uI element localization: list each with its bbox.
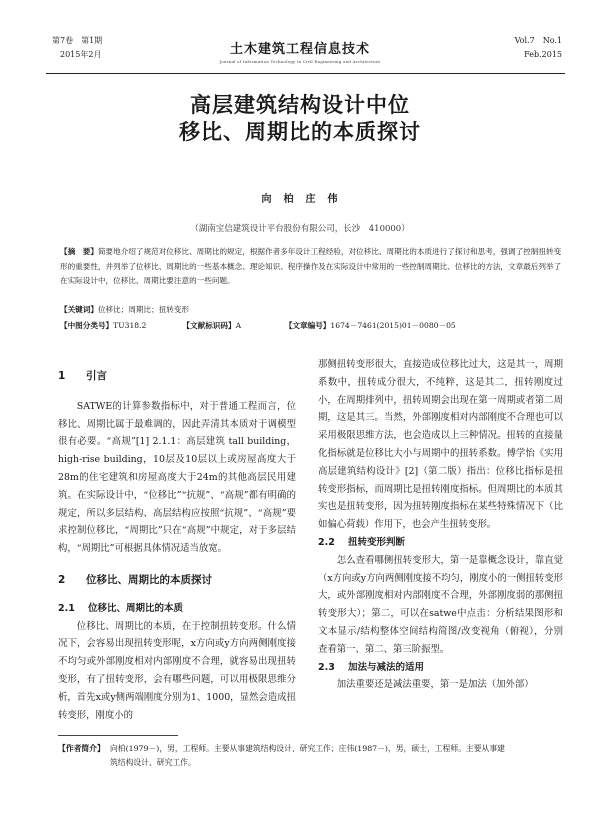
journal-title-cn: 土木建筑工程信息技术 — [0, 38, 600, 57]
classification-row: 【中图分类号】TU318.2 【文献标识码】A 【文章编号】1674－7461(… — [60, 320, 565, 331]
section-2-2-heading: 2.2扭转变形判断 — [318, 534, 563, 552]
author-bio-text: 向柏(1979－)，男，工程师。主要从事建筑结构设计、研究工作；庄伟(1987－… — [110, 744, 505, 753]
section-2-1-paragraph: 位移比、周期比的本质，在于控制扭转变形。什么情况下，会容易出现扭转变形呢，x方向… — [58, 618, 296, 725]
keywords-text: 位移比；周期比；扭转变形 — [98, 304, 189, 315]
date-en: Feb.2015 — [515, 48, 562, 62]
section-2-3-heading: 2.3加法与减法的适用 — [318, 659, 563, 677]
keywords: 【关键词】位移比；周期比；扭转变形 — [60, 304, 565, 315]
authors: 向 柏 庄 伟 — [0, 190, 600, 205]
abstract-text: 简要地介绍了规范对位移比、周期比的规定，根据作者多年设计工程经验，对位移比、周期… — [60, 247, 561, 285]
section-2-2-paragraph: 怎么查看哪侧扭转变形大，第一是靠概念设计，靠直觉（x方向或y方向两侧刚度接不均匀… — [318, 552, 563, 659]
abstract-label: 【摘 要】 — [60, 247, 98, 256]
doc-code-value: A — [236, 321, 241, 330]
author-bio-label: 【作者简介】 — [58, 742, 110, 756]
article-no-value: 1674－7461(2015)01－0080－05 — [330, 320, 455, 331]
section-2-1-paragraph-cont: 那侧扭转变形很大，直接造成位移比过大，这是其一，周期系数中，扭转成分很大，不纯粹… — [318, 356, 563, 534]
author-bio-footnote: 【作者简介】向柏(1979－)，男，工程师。主要从事建筑结构设计、研究工作；庄伟… — [58, 742, 568, 770]
abstract: 【摘 要】简要地介绍了规范对位移比、周期比的规定，根据作者多年设计工程经验，对位… — [60, 245, 565, 289]
right-column: 那侧扭转变形很大，直接造成位移比过大，这是其一，周期系数中，扭转成分很大，不纯粹… — [318, 356, 563, 694]
section-2-3-paragraph: 加法重要还是减法重要，第一是加法（加外部） — [318, 676, 563, 694]
section-2-1-heading: 2.1位移比、周期比的本质 — [58, 600, 296, 618]
paper-title: 高层建筑结构设计中位 移比、周期比的本质探讨 — [0, 92, 600, 146]
journal-masthead: 土木建筑工程信息技术 Journal of Information Techno… — [0, 38, 600, 64]
author-bio-text-cont: 筑结构设计、研究工作。 — [58, 756, 568, 770]
volume-issue-en: Vol.7 No.1 — [515, 34, 562, 48]
clc-value: TU318.2 — [113, 321, 146, 330]
affiliation: （湖南宝信建筑设计平台股份有限公司，长沙 410000） — [0, 222, 600, 234]
left-column: 1引言 SATWE的计算参数指标中，对于普通工程而言，位移比、周期比属于最难调的… — [58, 368, 296, 724]
header-rule — [46, 73, 565, 74]
running-header-right: Vol.7 No.1 Feb.2015 — [515, 34, 562, 62]
footnote-rule — [58, 735, 178, 736]
section-2-heading: 2位移比、周期比的本质探讨 — [58, 572, 296, 590]
clc-label: 【中图分类号】 — [60, 320, 113, 331]
section-1-heading: 1引言 — [58, 368, 296, 386]
section-1-paragraph: SATWE的计算参数指标中，对于普通工程而言，位移比、周期比属于最难调的，因此弄… — [58, 398, 296, 558]
journal-title-en: Journal of Information Technology in Civ… — [0, 59, 600, 64]
title-line-1: 高层建筑结构设计中位 — [0, 92, 600, 119]
keywords-label: 【关键词】 — [60, 304, 98, 315]
title-line-2: 移比、周期比的本质探讨 — [0, 119, 600, 146]
article-no-label: 【文章编号】 — [285, 320, 331, 331]
doc-code-label: 【文献标识码】 — [182, 320, 235, 331]
